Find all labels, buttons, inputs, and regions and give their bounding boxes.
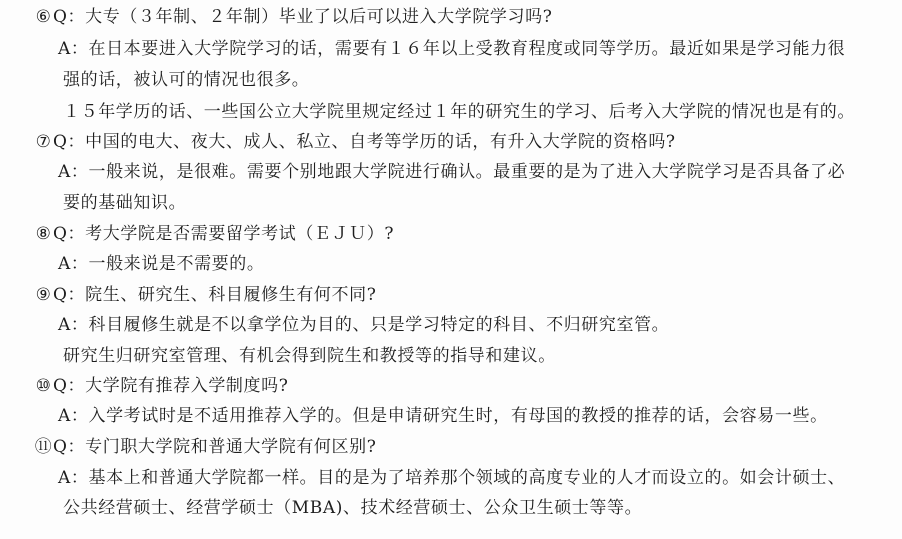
question-text: Q：院生、研究生、科目履修生有何不同? [53, 285, 376, 305]
answer-11-line-2: 公共经营硕士、经营学硕士（MBA)、技术经营硕士、公众卫生硕士等等。 [63, 497, 642, 519]
answer-6-line-1: A：在日本要进入大学院学习的话，需要有１６年以上受教育程度或同等学历。最近如果是… [58, 38, 845, 60]
question-text: Q：中国的电大、夜大、成人、私立、自考等学历的话，有升入大学院的资格吗? [53, 132, 676, 152]
question-text: Q：大学院有推荐入学制度吗? [53, 376, 288, 396]
question-text: Q：考大学院是否需要留学考试（ＥＪＵ）? [53, 224, 394, 244]
question-10: ⑩Q：大学院有推荐入学制度吗? [34, 375, 288, 397]
question-8: ⑧Q：考大学院是否需要留学考试（ＥＪＵ）? [34, 223, 394, 245]
answer-6-line-3: １５年学历的话、一些国公立大学院里规定经过１年的研究生的学习、后考入大学院的情况… [63, 101, 855, 123]
answer-9-line-1: A：科目履修生就是不以拿学位为目的、只是学习特定的科目、不归研究室管。 [58, 314, 669, 336]
question-6: ⑥Q：大专（３年制、２年制）毕业了以后可以进入大学院学习吗? [34, 6, 552, 28]
question-text: Q：专门职大学院和普通大学院有何区别? [53, 437, 376, 457]
question-11: ⑪Q：专门职大学院和普通大学院有何区别? [34, 436, 376, 458]
item-number: ⑨ [34, 284, 53, 306]
item-number: ⑦ [34, 131, 53, 153]
answer-11-line-1: A：基本上和普通大学院都一样。目的是为了培养那个领域的高度专业的人才而设立的。如… [58, 467, 845, 489]
item-number: ⑩ [34, 375, 53, 397]
answer-6-line-2: 强的话，被认可的情况也很多。 [63, 69, 309, 91]
item-number: ⑪ [34, 436, 53, 458]
question-9: ⑨Q：院生、研究生、科目履修生有何不同? [34, 284, 376, 306]
item-number: ⑧ [34, 223, 53, 245]
document-page: ⑥Q：大专（３年制、２年制）毕业了以后可以进入大学院学习吗? A：在日本要进入大… [0, 0, 902, 539]
answer-8-line-1: A：一般来说是不需要的。 [58, 253, 264, 275]
answer-7-line-1: A：一般来说，是很难。需要个别地跟大学院进行确认。最重要的是为了进入大学院学习是… [58, 161, 845, 183]
answer-7-line-2: 要的基础知识。 [63, 192, 186, 214]
item-number: ⑥ [34, 6, 53, 28]
answer-9-line-2: 研究生归研究室管理、有机会得到院生和教授等的指导和建议。 [63, 345, 556, 367]
answer-10-line-1: A：入学考试时是不适用推荐入学的。但是申请研究生时，有母国的教授的推荐的话，会容… [58, 405, 828, 427]
question-text: Q：大专（３年制、２年制）毕业了以后可以进入大学院学习吗? [53, 7, 552, 27]
question-7: ⑦Q：中国的电大、夜大、成人、私立、自考等学历的话，有升入大学院的资格吗? [34, 131, 676, 153]
